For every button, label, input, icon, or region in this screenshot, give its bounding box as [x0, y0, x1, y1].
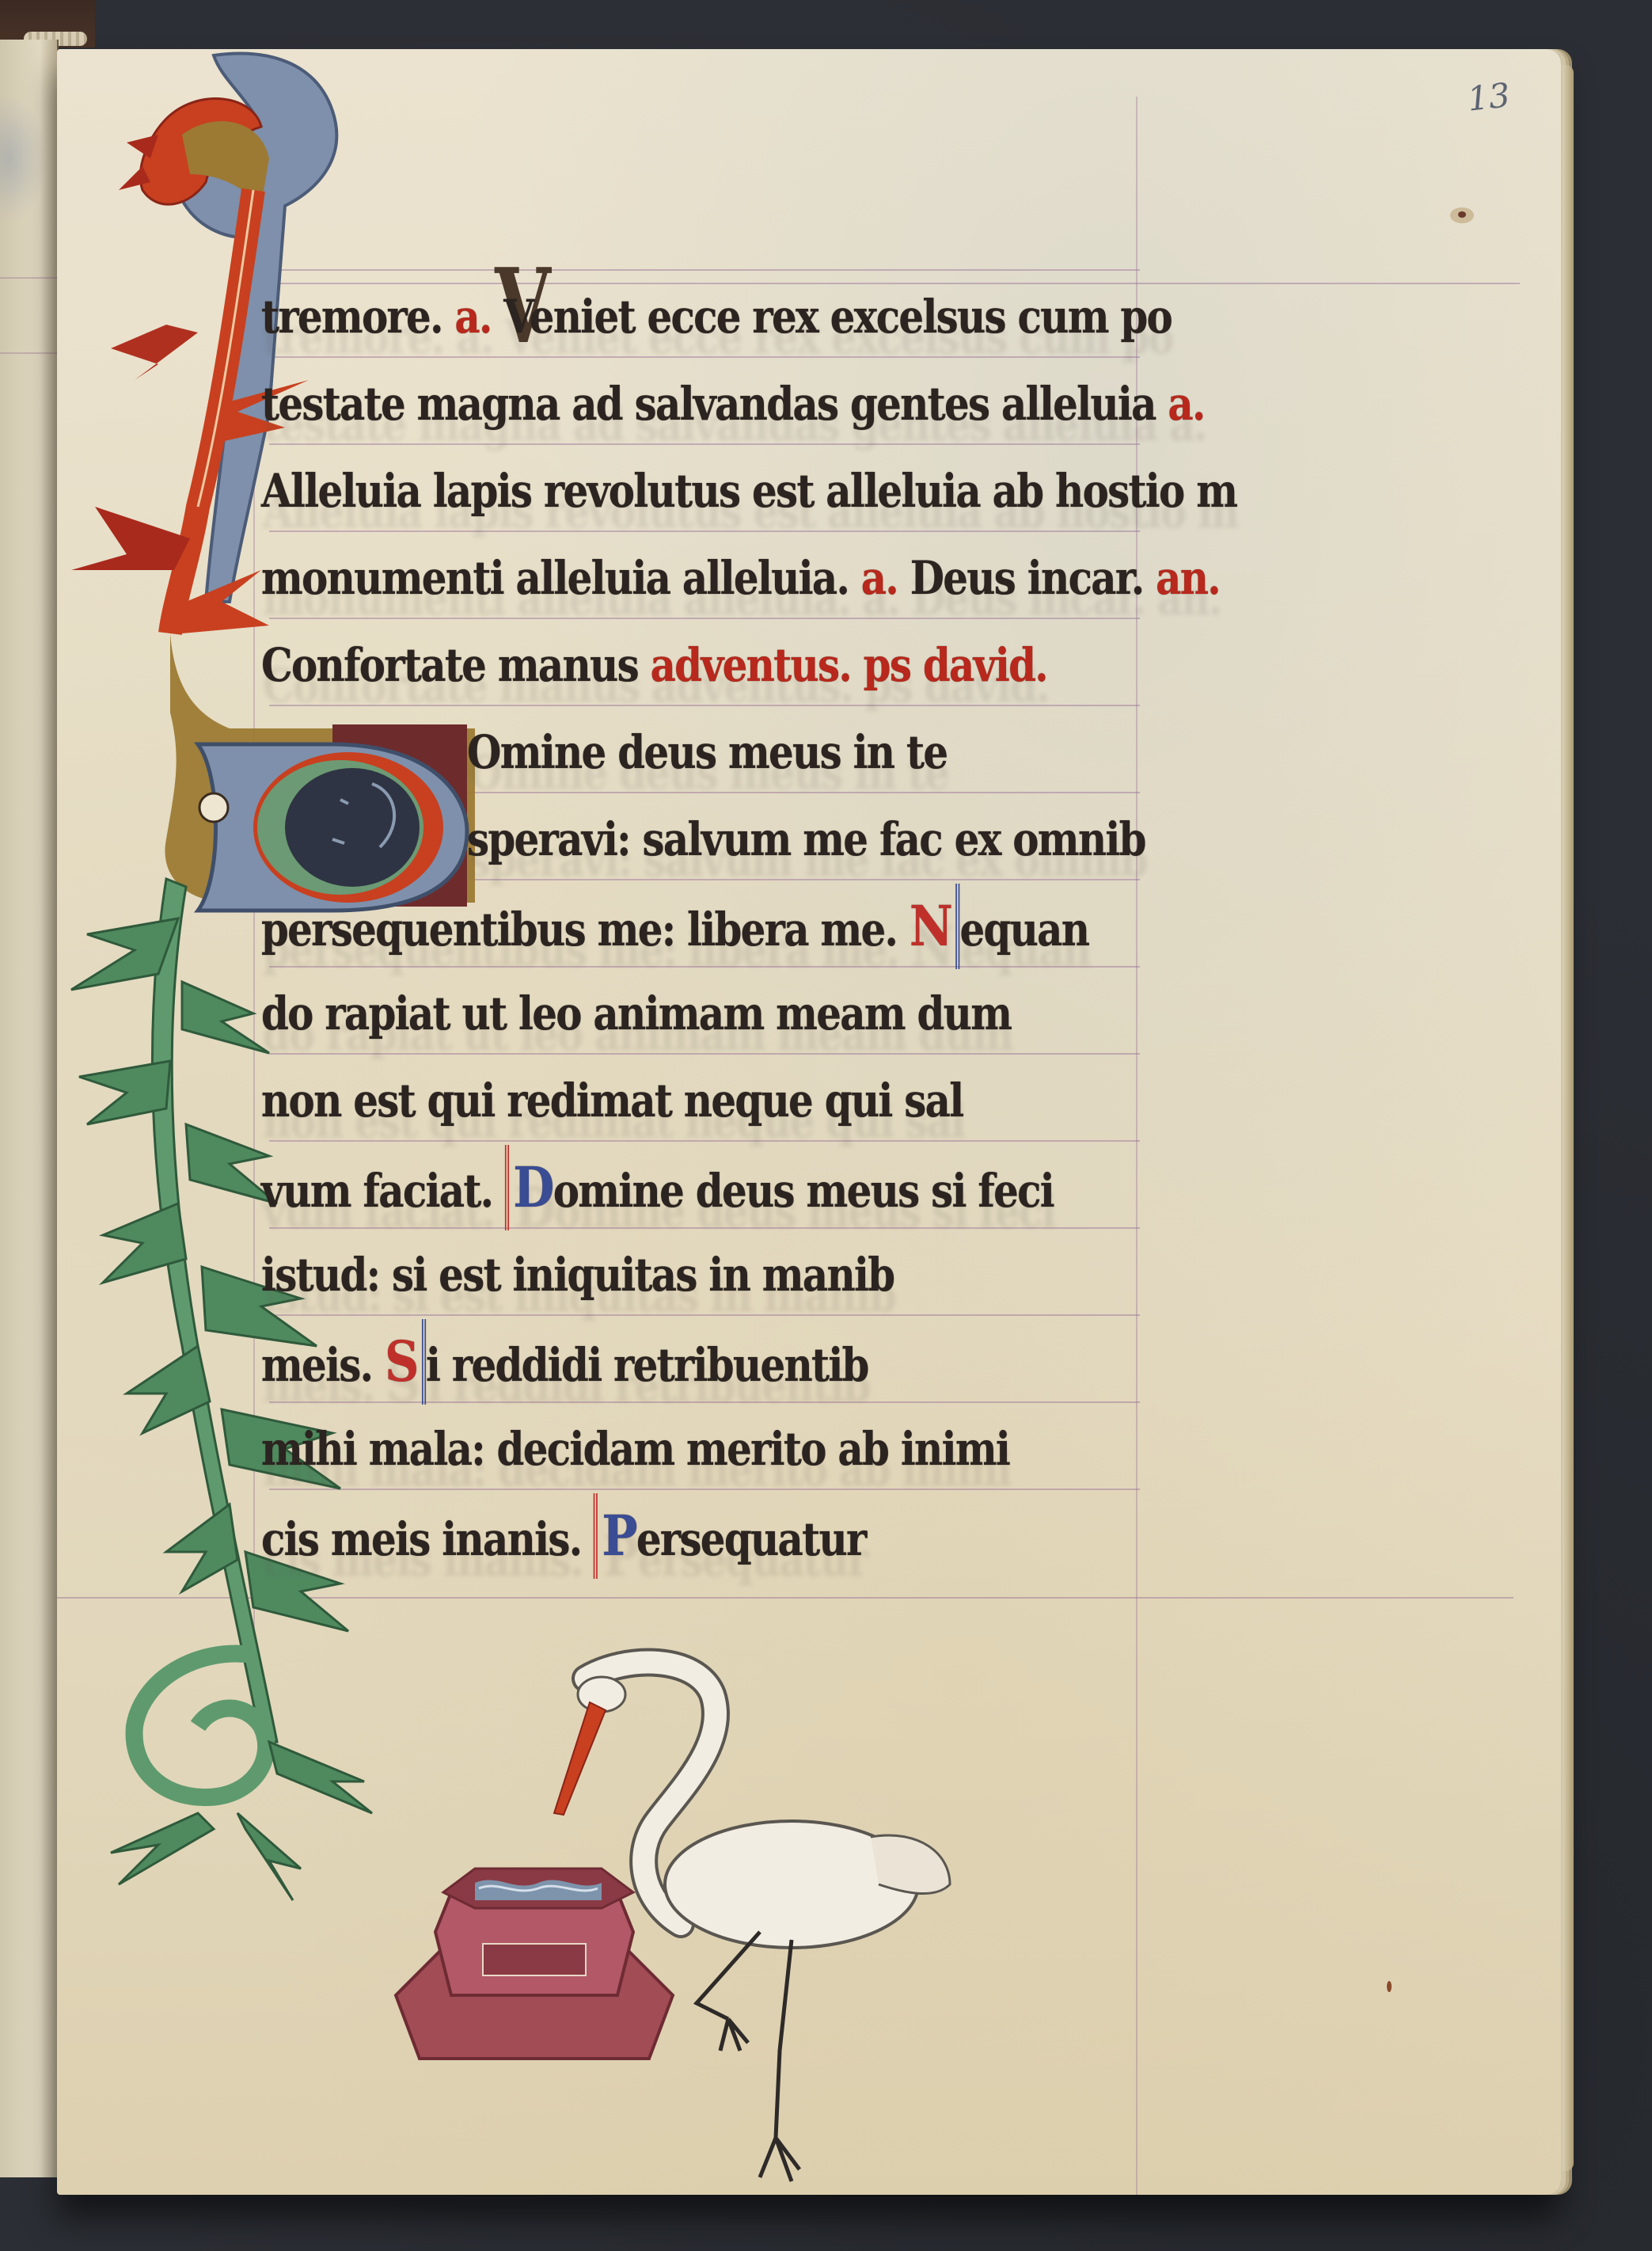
text-line: monumenti alleluia alleluia. a. Deus inc…	[261, 535, 1220, 621]
text-span: Confortate manus	[261, 638, 651, 692]
text-span: do rapiat ut leo animam meam dum	[261, 987, 1011, 1040]
text-span: istud: si est iniquitas in manib	[261, 1248, 894, 1302]
text-span: speravi: salvum me fac ex omnib	[467, 812, 1145, 866]
text-span: Omine deus meus in te	[467, 725, 947, 779]
text-span: monumenti alleluia alleluia.	[261, 551, 861, 605]
text-line: vum faciat. Domine deus meus si feci	[261, 1145, 1054, 1230]
text-line: mihi mala: decidam merito ab inimi	[261, 1406, 1009, 1492]
text-line: Omine deus meus in te	[467, 709, 947, 795]
text-span: Deus incar.	[898, 551, 1156, 605]
text-line: Confortate manus adventus. ps david.	[261, 622, 1047, 708]
text-line: istud: si est iniquitas in manib	[261, 1232, 894, 1318]
text-span: Veniet ecce rex excelsus cum po	[492, 290, 1172, 344]
text-span: mihi mala: decidam merito ab inimi	[261, 1422, 1009, 1476]
text-line: cis meis inanis. Persequatur	[261, 1493, 866, 1579]
text-span: non est qui redimat neque qui sal	[261, 1074, 963, 1127]
text-span: i reddidi retribuentib	[426, 1338, 868, 1392]
text-span: cis meis inanis.	[261, 1512, 594, 1566]
text-line: Alleluia lapis revolutus est alleluia ab…	[261, 448, 1236, 534]
rubric-span: adventus. ps david.	[651, 638, 1047, 692]
text-line: tremore. a. Veniet ecce rex excelsus cum…	[261, 274, 1172, 359]
decorated-initial: N	[910, 884, 960, 969]
rubric-span: a.	[454, 290, 491, 344]
text-line: persequentibus me: libera me. Nequan	[261, 884, 1088, 969]
text-span: meis.	[261, 1338, 385, 1392]
text-line: do rapiat ut leo animam meam dum	[261, 971, 1011, 1056]
decorated-initial: P	[594, 1493, 636, 1579]
decorated-initial: D	[505, 1145, 553, 1230]
text-span: Alleluia lapis revolutus est alleluia ab…	[261, 464, 1236, 518]
basin-icon	[396, 1869, 673, 2059]
text-line: testate magna ad salvandas gentes allelu…	[261, 361, 1205, 447]
text-span: tremore.	[261, 290, 454, 344]
rubric-span: an.	[1156, 551, 1220, 605]
rubric-span: a.	[861, 551, 898, 605]
text-span: ersequatur	[636, 1512, 866, 1566]
decorated-initial: S	[385, 1319, 426, 1405]
rubric-span: a.	[1168, 377, 1204, 431]
text-line: meis. Si reddidi retribuentib	[261, 1319, 868, 1405]
text-span: omine deus meus si feci	[553, 1164, 1054, 1218]
text-line: non est qui redimat neque qui sal	[261, 1058, 963, 1143]
text-span: persequentibus me: libera me.	[261, 903, 910, 956]
text-span: testate magna ad salvandas gentes allelu…	[261, 377, 1168, 431]
text-line: speravi: salvum me fac ex omnib	[467, 797, 1145, 882]
text-span: vum faciat.	[261, 1164, 505, 1218]
text-span: equan	[959, 903, 1088, 956]
